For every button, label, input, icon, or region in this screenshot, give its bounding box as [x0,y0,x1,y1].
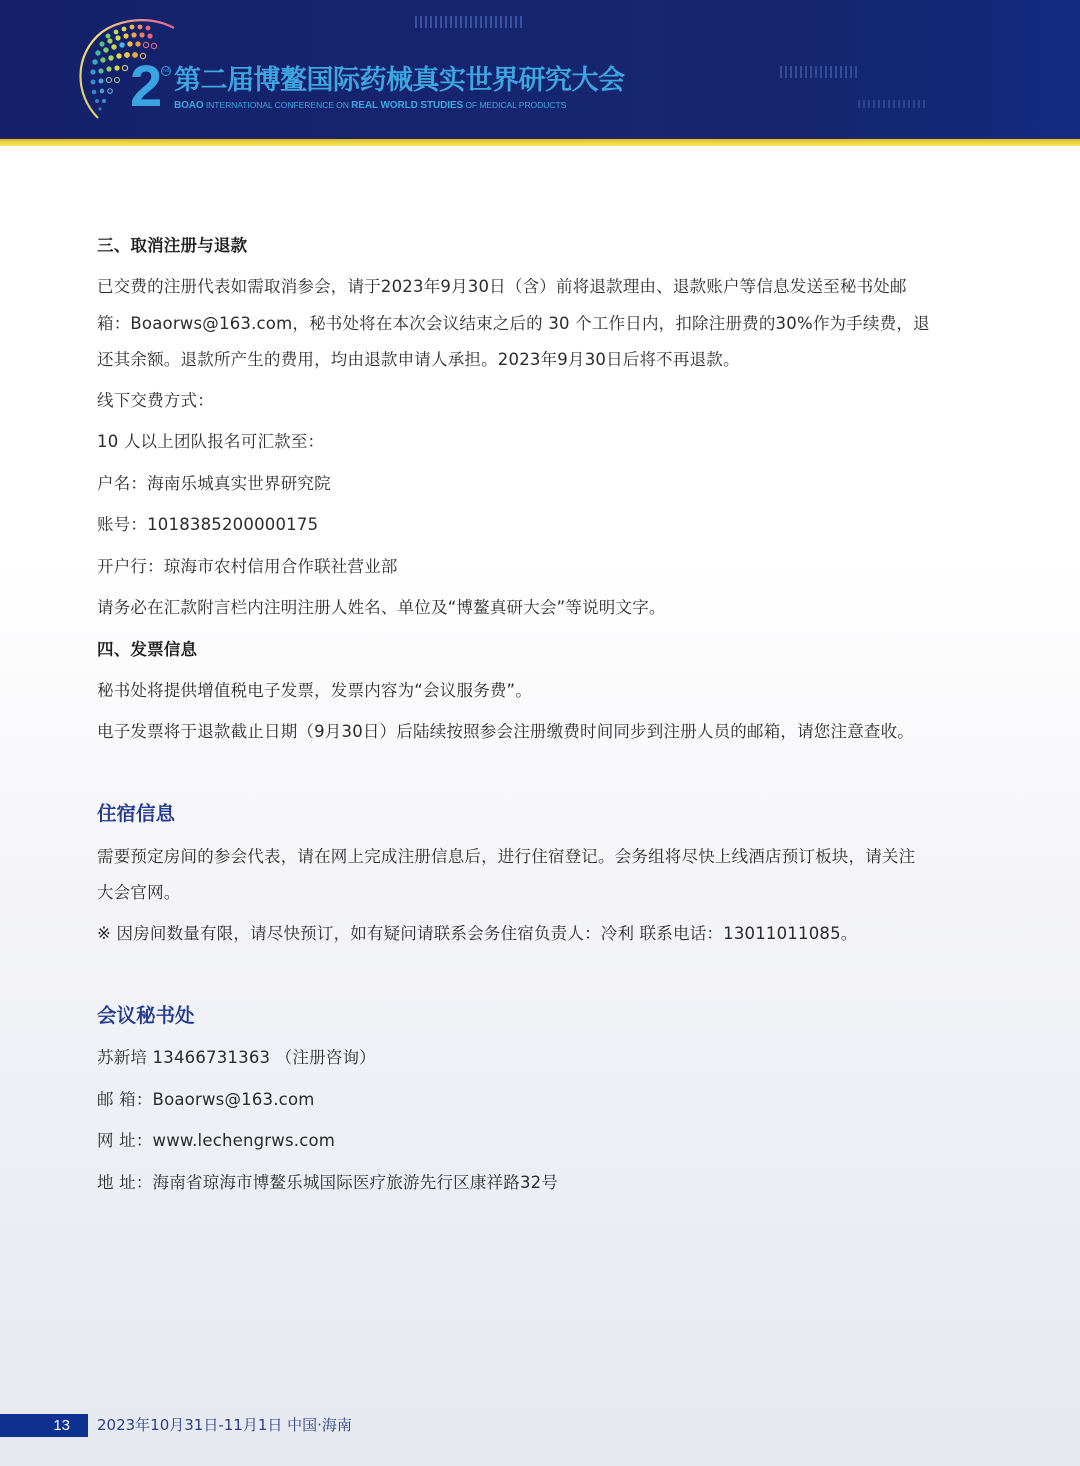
bank-name: 开户行：琼海市农村信用合作联社营业部 [97,555,398,579]
group-payment-note: 10 人以上团队报名可汇款至： [97,430,324,454]
accommodation-title: 住宿信息 [97,800,175,828]
secretariat-contact: 苏新培 13466731363 （注册咨询） [97,1046,376,1070]
secretariat-address: 地 址：海南省琼海市博鳌乐城国际医疗旅游先行区康祥路32号 [97,1171,558,1195]
edition-number: 2 [130,58,162,116]
edition-suffix: nd [161,66,171,76]
conference-title-en: BOAO INTERNATIONAL CONFERENCE ON REAL WO… [174,100,566,111]
title-en-middle: INTERNATIONAL CONFERENCE ON [204,100,352,110]
decorative-bars [780,66,860,78]
account-number: 账号：1018385200000175 [97,513,318,537]
remittance-remark-note: 请务必在汇款附言栏内注明注册人姓名、单位及“博鳌真研大会”等说明文字。 [97,596,666,620]
secretariat-title: 会议秘书处 [97,1002,195,1030]
secretariat-website[interactable]: 网 址：www.lechengrws.com [97,1129,335,1153]
invoice-line-1: 秘书处将提供增值税电子发票，发票内容为“会议服务费”。 [97,679,532,703]
invoice-line-2: 电子发票将于退款截止日期（9月30日）后陆续按照参会注册缴费时间同步到注册人员的… [97,720,914,744]
page-number: 13 [0,1414,70,1437]
invoice-heading: 四、发票信息 [97,638,197,662]
account-name: 户名：海南乐城真实世界研究院 [97,472,331,496]
conference-date-location: 2023年10月31日-11月1日 中国·海南 [97,1413,352,1437]
accommodation-line-1: 需要预定房间的参会代表，请在网上完成注册信息后，进行住宿登记。会务组将尽快上线酒… [97,845,915,869]
secretariat-email[interactable]: 邮 箱：Boaorws@163.com [97,1088,315,1112]
decorative-bars [415,16,525,28]
conference-banner: 2 nd 第二届博鳌国际药械真实世界研究大会 BOAO INTERNATIONA… [0,0,1080,139]
title-en-suffix: OF MEDICAL PRODUCTS [463,100,566,110]
cancellation-line-1: 已交费的注册代表如需取消参会，请于2023年9月30日（含）前将退款理由、退款账… [97,275,907,299]
offline-payment-label: 线下交费方式： [97,389,214,413]
conference-title-cn: 第二届博鳌国际药械真实世界研究大会 [174,64,625,98]
cancellation-line-3: 还其余额。退款所产生的费用，均由退款申请人承担。2023年9月30日后将不再退款… [97,348,740,372]
header-yellow-stripe [0,139,1080,146]
accommodation-note: ※ 因房间数量有限，请尽快预订，如有疑问请联系会务住宿负责人：冷利 联系电话：1… [97,922,858,946]
cancellation-line-2: 箱：Boaorws@163.com，秘书处将在本次会议结束之后的 30 个工作日… [97,312,930,336]
cancellation-heading: 三、取消注册与退款 [97,234,247,258]
decorative-bars [858,100,928,108]
title-en-prefix: BOAO [174,100,204,111]
accommodation-line-2: 大会官网。 [97,881,181,905]
title-en-bold: REAL WORLD STUDIES [351,100,463,111]
